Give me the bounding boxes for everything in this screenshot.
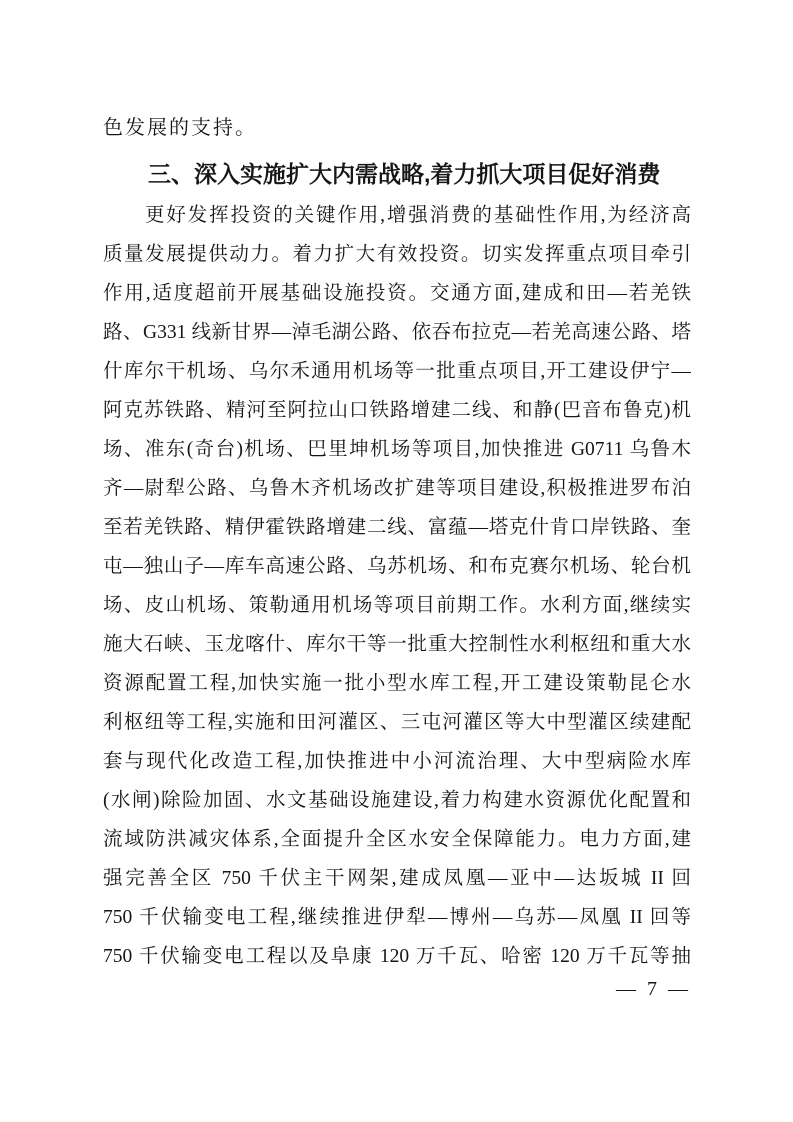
body-text: 更好发挥投资的关键作用,增强消费的基础性作用,为经济高 质量发展提供动力。着力扩… [103, 196, 691, 976]
body-line: 750 千伏输变电工程,继续推进伊犁—博州—乌苏—凤凰 II 回等 [103, 898, 691, 937]
body-line: 齐—尉犁公路、乌鲁木齐机场改扩建等项目建设,积极推进罗布泊 [103, 469, 691, 508]
body-line: 强完善全区 750 千伏主干网架,建成凤凰—亚中—达坂城 II 回 [103, 859, 691, 898]
body-line: (水闸)除险加固、水文基础设施建设,着力构建水资源优化配置和 [103, 781, 691, 820]
body-line: 质量发展提供动力。着力扩大有效投资。切实发挥重点项目牵引 [103, 235, 691, 274]
body-line: 施大石峡、玉龙喀什、库尔干等一批重大控制性水利枢纽和重大水 [103, 625, 691, 664]
body-line: 场、准东(奇台)机场、巴里坤机场等项目,加快推进 G0711 乌鲁木 [103, 430, 691, 469]
page-number: — 7 — [616, 974, 691, 1004]
body-line: 更好发挥投资的关键作用,增强消费的基础性作用,为经济高 [103, 196, 691, 235]
body-line: 什库尔干机场、乌尔禾通用机场等一批重点项目,开工建设伊宁— [103, 352, 691, 391]
section-heading: 三、深入实施扩大内需战略,着力抓大项目促好消费 [103, 155, 691, 193]
body-line: 至若羌铁路、精伊霍铁路增建二线、富蕴—塔克什肯口岸铁路、奎 [103, 508, 691, 547]
paragraph-end-line: 色发展的支持。 [103, 110, 691, 146]
body-line: 套与现代化改造工程,加快推进中小河流治理、大中型病险水库 [103, 742, 691, 781]
body-line: 路、G331 线新甘界—淖毛湖公路、依吞布拉克—若羌高速公路、塔 [103, 313, 691, 352]
document-page: 色发展的支持。 三、深入实施扩大内需战略,着力抓大项目促好消费 更好发挥投资的关… [0, 0, 793, 1122]
body-line: 资源配置工程,加快实施一批小型水库工程,开工建设策勒昆仑水 [103, 664, 691, 703]
body-line: 流域防洪减灾体系,全面提升全区水安全保障能力。电力方面,建 [103, 820, 691, 859]
body-line: 场、皮山机场、策勒通用机场等项目前期工作。水利方面,继续实 [103, 586, 691, 625]
body-line: 作用,适度超前开展基础设施投资。交通方面,建成和田—若羌铁 [103, 274, 691, 313]
body-line: 750 千伏输变电工程以及阜康 120 万千瓦、哈密 120 万千瓦等抽 [103, 937, 691, 976]
body-line: 阿克苏铁路、精河至阿拉山口铁路增建二线、和静(巴音布鲁克)机 [103, 391, 691, 430]
body-line: 利枢纽等工程,实施和田河灌区、三屯河灌区等大中型灌区续建配 [103, 703, 691, 742]
body-line: 屯—独山子—库车高速公路、乌苏机场、和布克赛尔机场、轮台机 [103, 547, 691, 586]
